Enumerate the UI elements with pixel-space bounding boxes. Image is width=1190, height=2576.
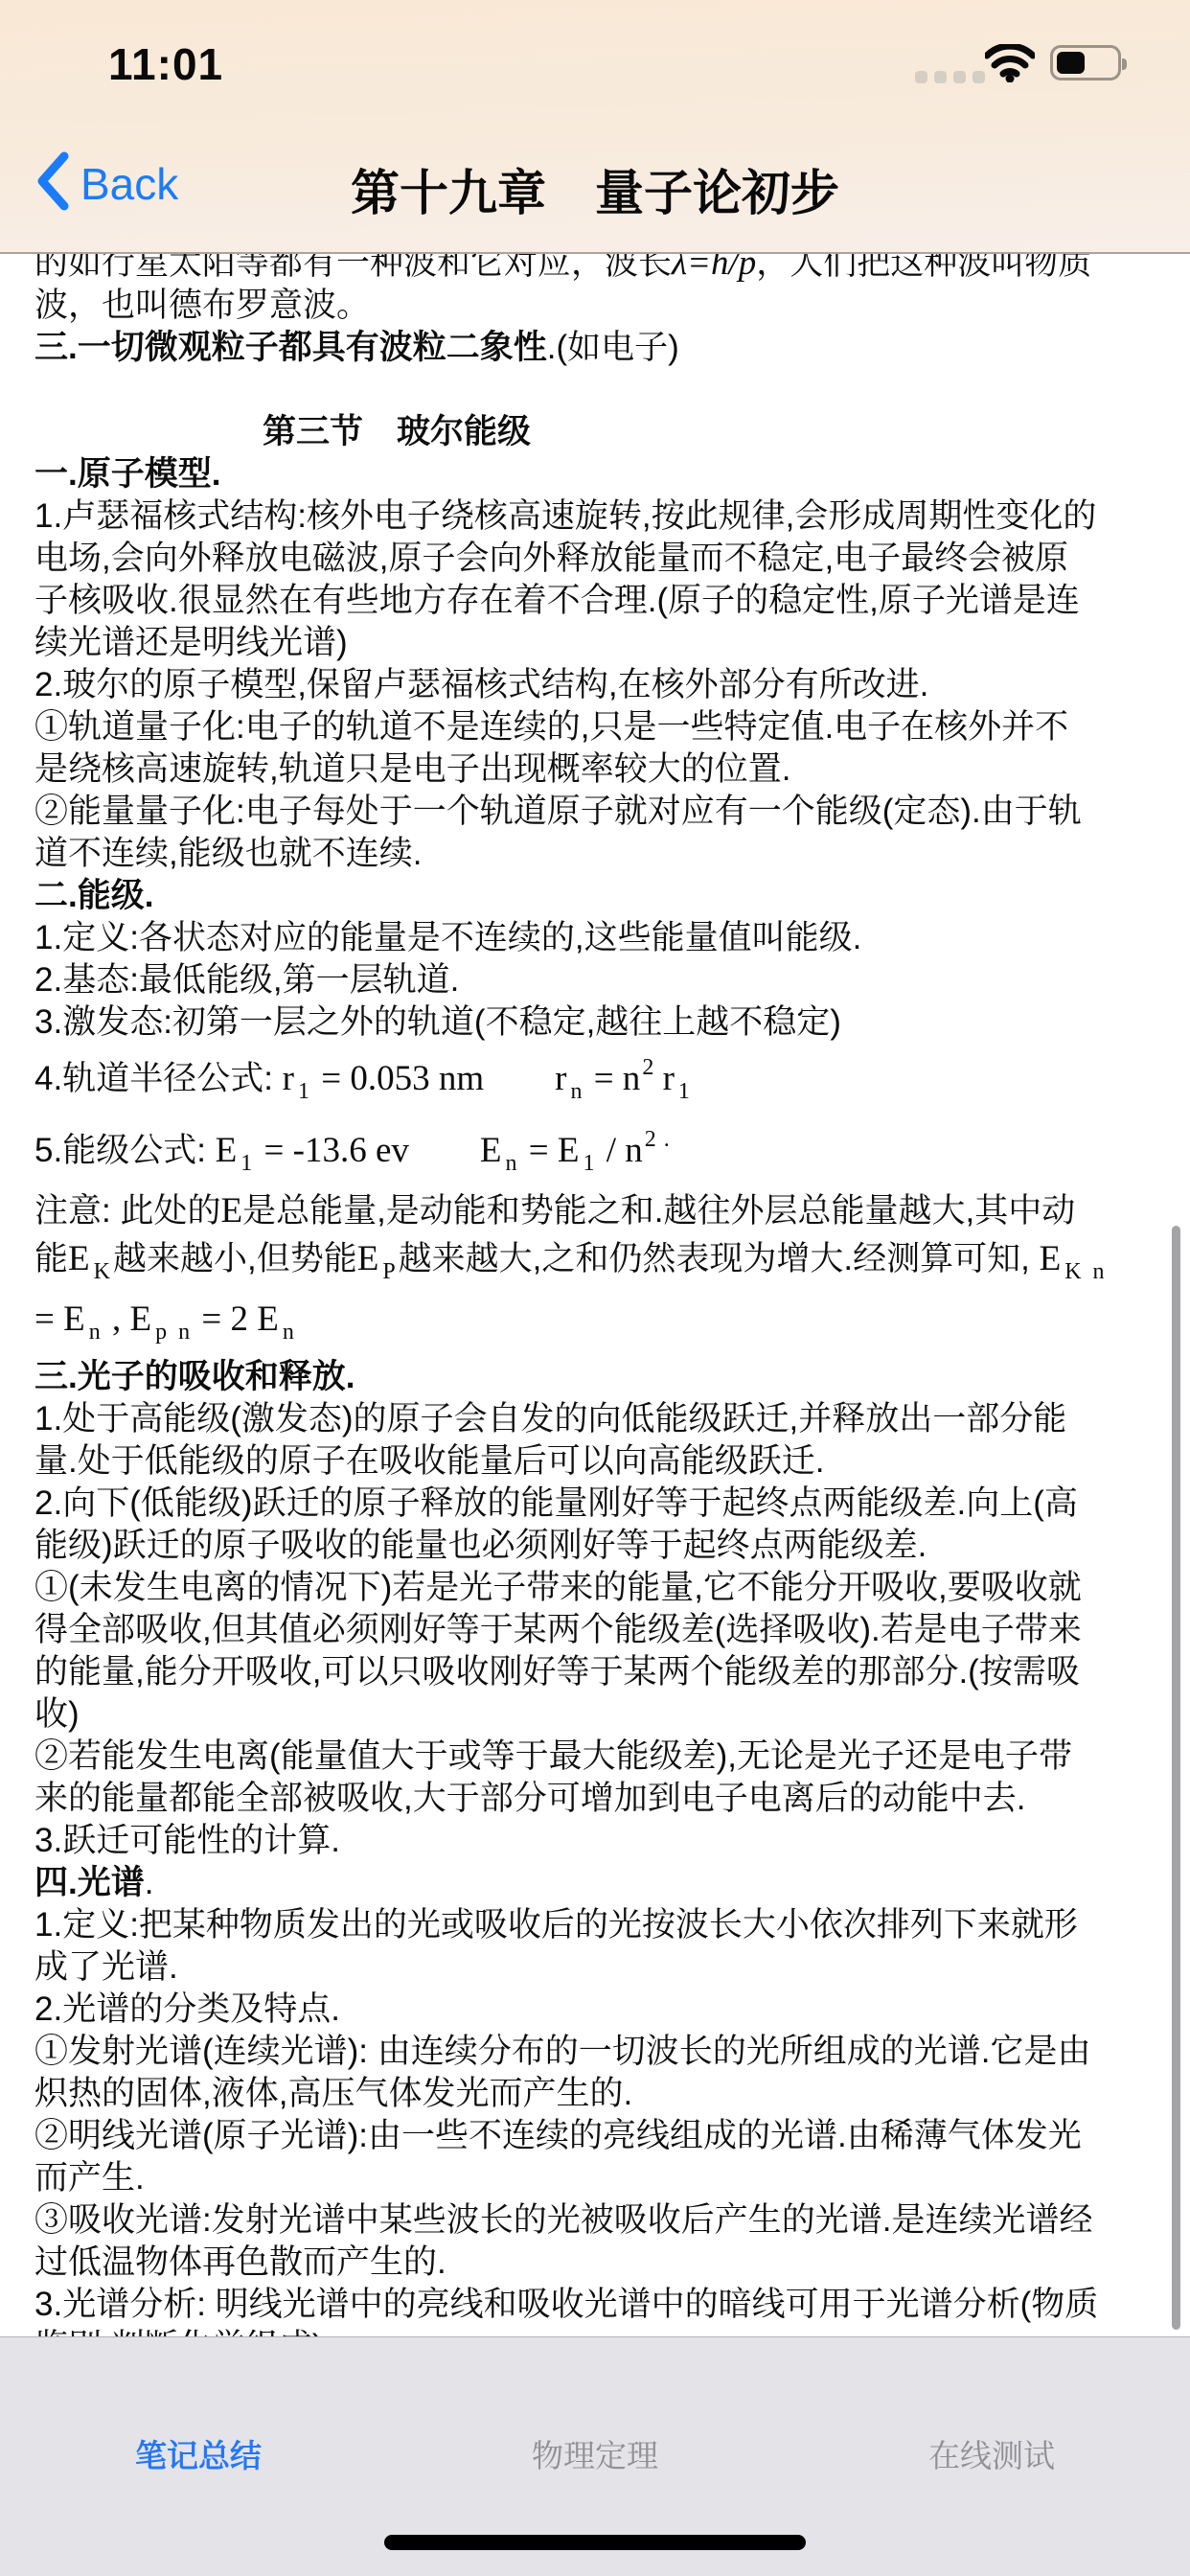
status-bar: 11:01	[0, 0, 1190, 105]
content-line: 2.玻尔的原子模型,保留卢瑟福核式结构,在核外部分有所改进.	[34, 664, 1163, 706]
content-line: 5.能级公式: E1 = -13.6 ev En = E1 / n2 .	[34, 1115, 1163, 1187]
tab-notes-summary[interactable]: 笔记总结	[0, 2431, 397, 2476]
status-time: 11:01	[108, 38, 223, 90]
content-line: 成了光谱.	[34, 1946, 1163, 1989]
content-line: 1.定义:把某种物质发出的光或吸收后的光按波长大小依次排列下来就形	[34, 1904, 1163, 1946]
content-line: ②明线光谱(原子光谱):由一些不连续的亮线组成的光谱.由稀薄气体发光	[34, 2115, 1163, 2157]
content-line: 4.轨道半径公式: r1 = 0.053 nm rn = n2 r1	[34, 1044, 1163, 1115]
content-line: 电场,会向外释放电磁波,原子会向外释放能量而不稳定,电子最终会被原	[34, 538, 1163, 580]
content-line: 2.光谱的分类及特点.	[34, 1989, 1163, 2031]
scrollbar[interactable]	[1172, 1226, 1180, 2330]
content-line: 是绕核高速旋转,轨道只是电子出现概率较大的位置.	[34, 748, 1163, 791]
page-title: 第十九章 量子论初步	[0, 153, 1190, 224]
content-line: 2.向下(低能级)跃迁的原子释放的能量刚好等于起终点两能级差.向上(高	[34, 1483, 1163, 1525]
cellular-signal-icon	[915, 71, 985, 83]
notes-text: 的如行星太阳等都有一种波和它对应，波长λ=h/p，人们把这种波叫物质波，也叫德布…	[0, 252, 1190, 2336]
content-line: 第三节 玻尔能级	[34, 411, 1163, 453]
tab-online-test[interactable]: 在线测试	[793, 2431, 1190, 2476]
battery-icon	[1050, 45, 1121, 80]
content-line: 四.光谱.	[34, 1862, 1163, 1904]
content-line: 3.激发态:初第一层之外的轨道(不稳定,越往上越不稳定)	[34, 1001, 1163, 1044]
content-line: 道不连续,能级也就不连续.	[34, 833, 1163, 875]
content-line: 1.卢瑟福核式结构:核外电子绕核高速旋转,按此规律,会形成周期性变化的	[34, 495, 1163, 538]
content-line: 1.定义:各状态对应的能量是不连续的,这些能量值叫能级.	[34, 917, 1163, 959]
content-line: 续光谱还是明线光谱)	[34, 622, 1163, 664]
content-line: 2.基态:最低能级,第一层轨道.	[34, 959, 1163, 1001]
content-line: ①(未发生电离的情况下)若是光子带来的能量,它不能分开吸收,要吸收就	[34, 1567, 1163, 1609]
content-line: 过低温物体再色散而产生的.	[34, 2242, 1163, 2284]
content-line: 收)	[34, 1693, 1163, 1736]
content-line: 3.光谱分析: 明线光谱中的亮线和吸收光谱中的暗线可用于光谱分析(物质	[34, 2284, 1163, 2326]
content-line: ③吸收光谱:发射光谱中某些波长的光被吸收后产生的光谱.是连续光谱经	[34, 2199, 1163, 2242]
content-line: 鉴别,判断化学组成)	[34, 2326, 1163, 2336]
content-line: 的如行星太阳等都有一种波和它对应，波长λ=h/p，人们把这种波叫物质	[34, 252, 1163, 285]
content-line: 子核吸收.很显然在有些地方存在着不合理.(原子的稳定性,原子光谱是连	[34, 580, 1163, 622]
content-line: 量.处于低能级的原子在吸收能量后可以向高能级跃迁.	[34, 1440, 1163, 1483]
content-line: 一.原子模型.	[34, 453, 1163, 495]
notes-scroll-area[interactable]: 的如行星太阳等都有一种波和它对应，波长λ=h/p，人们把这种波叫物质波，也叫德布…	[0, 252, 1190, 2336]
content-line: 三.光子的吸收和释放.	[34, 1356, 1163, 1398]
content-line: 注意: 此处的E是总能量,是动能和势能之和.越往外层总能量越大,其中动	[34, 1187, 1163, 1235]
content-line: 炽热的固体,液体,高压气体发光而产生的.	[34, 2073, 1163, 2115]
content-line: = En , Ep n = 2 En	[34, 1296, 1163, 1356]
wifi-icon	[985, 44, 1035, 87]
content-line: 二.能级.	[34, 875, 1163, 917]
content-line: 能级)跃迁的原子吸收的能量也必须刚好等于起终点两能级差.	[34, 1525, 1163, 1567]
content-line: 3.跃迁可能性的计算.	[34, 1820, 1163, 1862]
content-line: ①轨道量子化:电子的轨道不是连续的,只是一些特定值.电子在核外并不	[34, 706, 1163, 748]
content-line: 而产生.	[34, 2157, 1163, 2199]
content-line: ①发射光谱(连续光谱): 由连续分布的一切波长的光所组成的光谱.它是由	[34, 2031, 1163, 2073]
tab-physics-theorems[interactable]: 物理定理	[397, 2431, 793, 2476]
content-line: 1.处于高能级(激发态)的原子会自发的向低能级跃迁,并释放出一部分能	[34, 1398, 1163, 1440]
header: 11:01 Back	[0, 0, 1190, 252]
content-line: ②能量量子化:电子每处于一个轨道原子就对应有一个能级(定态).由于轨	[34, 791, 1163, 833]
content-line: 来的能量都能全部被吸收,大于部分可增加到电子电离后的动能中去.	[34, 1778, 1163, 1820]
home-indicator[interactable]	[384, 2535, 806, 2550]
content-line: ②若能发生电离(能量值大于或等于最大能级差),无论是光子还是电子带	[34, 1736, 1163, 1778]
content-line: 波，也叫德布罗意波。	[34, 285, 1163, 327]
nav-bar: Back 第十九章 量子论初步	[0, 144, 1190, 249]
content-line: 得全部吸收,但其值必须刚好等于某两个能级差(选择吸收).若是电子带来	[34, 1609, 1163, 1651]
content-line: 三.一切微观粒子都具有波粒二象性.(如电子)	[34, 327, 1163, 369]
content-line: 的能量,能分开吸收,可以只吸收刚好等于某两个能级差的那部分.(按需吸	[34, 1651, 1163, 1693]
content-line: 能EK越来越小,但势能EP越来越大,之和仍然表现为增大.经测算可知, EK n	[34, 1235, 1163, 1296]
